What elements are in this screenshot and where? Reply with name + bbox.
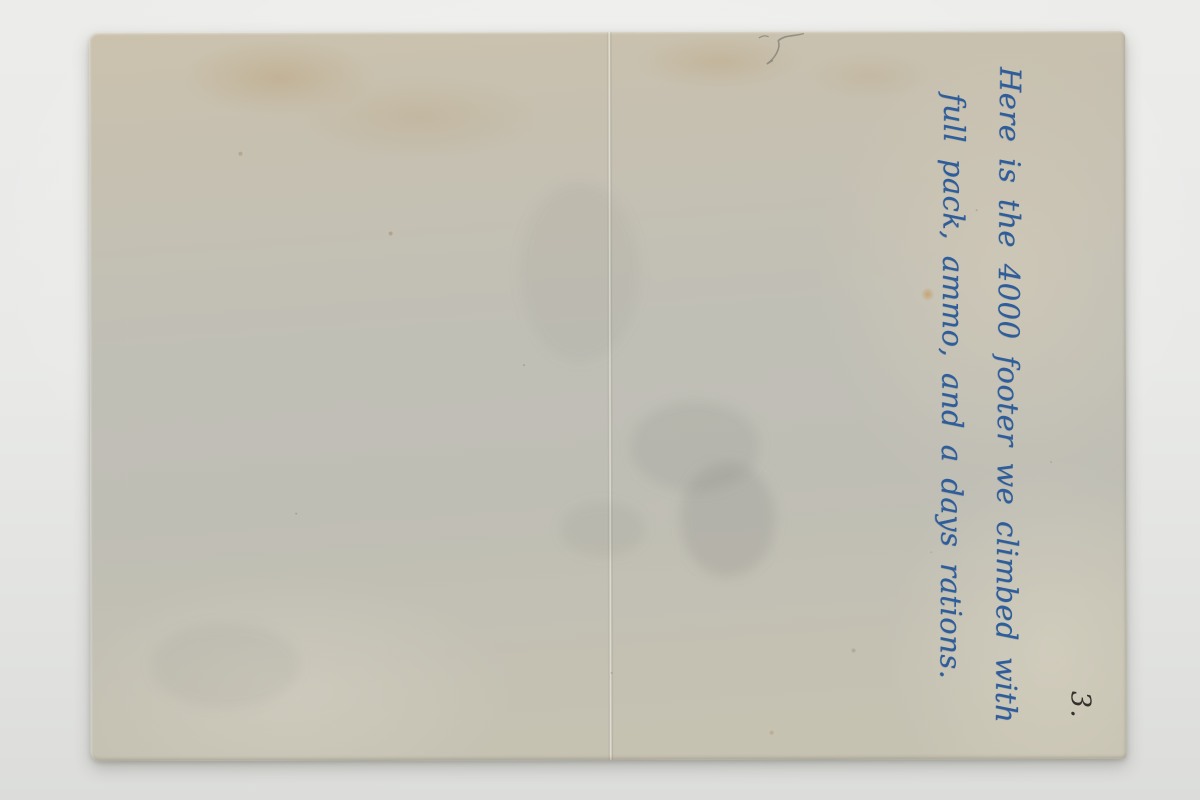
note-line-1: Here is the 4000 footer we climbed with bbox=[979, 67, 1037, 727]
smudge-stain bbox=[150, 623, 300, 708]
smudge-stain bbox=[680, 462, 775, 577]
foxing-specks bbox=[89, 33, 91, 35]
paper-sheet: Here is the 4000 footer we climbed with … bbox=[89, 31, 1127, 761]
photo-backdrop: Here is the 4000 footer we climbed with … bbox=[0, 0, 1200, 800]
fold-crease bbox=[606, 32, 614, 760]
note-line-2: full pack, ammo, and a days rations. bbox=[923, 93, 981, 693]
page-number: 3. bbox=[1065, 691, 1096, 719]
smudge-stain bbox=[520, 182, 640, 362]
smudge-stain bbox=[560, 502, 645, 557]
pencil-mark bbox=[757, 32, 809, 70]
